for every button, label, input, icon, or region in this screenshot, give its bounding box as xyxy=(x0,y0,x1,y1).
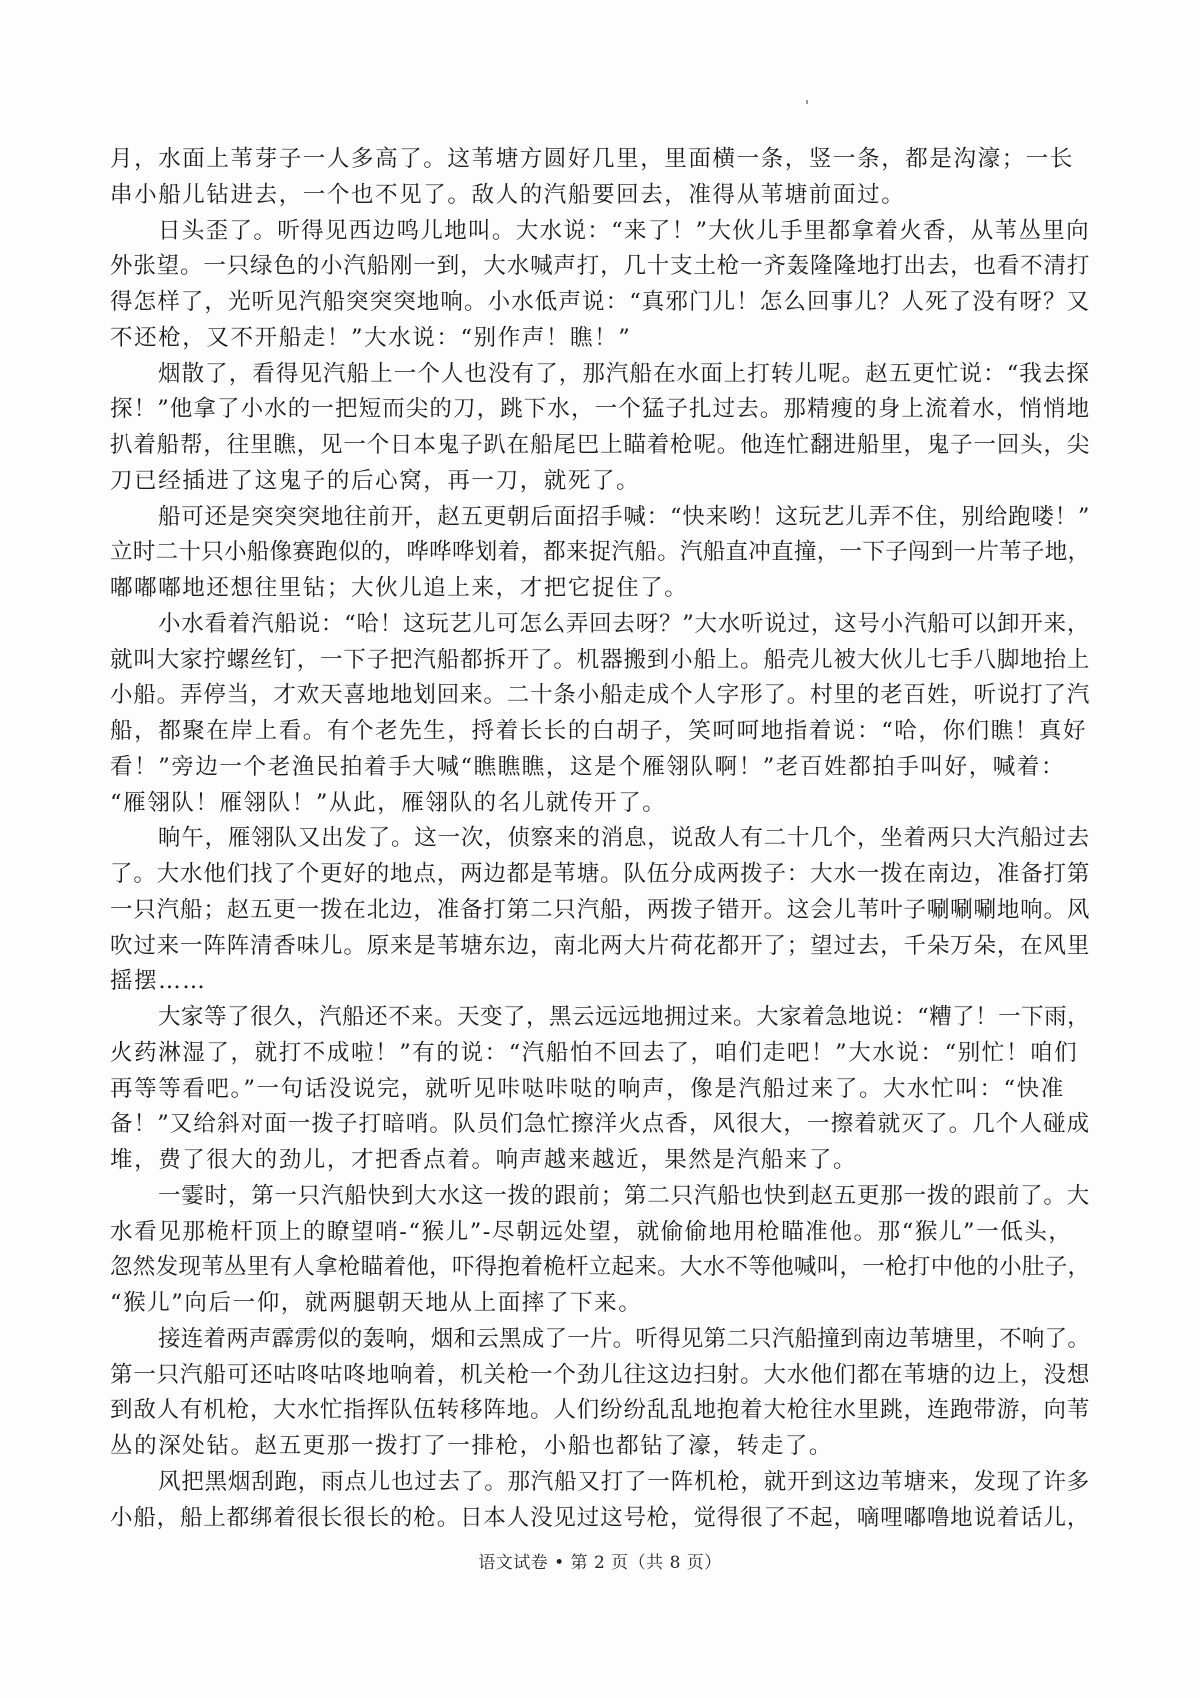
passage-text: 月，水面上苇芽子一人多高了。这苇塘方圆好几里，里面横一条，竖一条，都是沟濠；一长… xyxy=(110,142,1090,1536)
text-line: 再等等看吧。”一句话没说完，就听见咔哒咔哒的响声，像是汽船过来了。大水忙叫：“快… xyxy=(110,1072,1090,1108)
paragraph-first-line: 日头歪了。听得见西边鸣儿地叫。大水说：“来了！”大伙儿手里都拿着火香，从苇丛里向 xyxy=(110,214,1090,250)
text-line: 一只汽船；赵五更一拨在北边，准备打第二只汽船，两拨子错开。这会儿苇叶子唰唰唰地响… xyxy=(110,893,1090,929)
text-line: 刀已经插进了这鬼子的后心窝，再一刀，就死了。 xyxy=(110,464,1090,500)
text-line: 备！”又给斜对面一拨子打暗哨。队员们急忙擦洋火点香，风很大，一擦着就灭了。几个人… xyxy=(110,1107,1090,1143)
scan-speck xyxy=(806,100,808,104)
text-line: 船，都聚在岸上看。有个老先生，捋着长长的白胡子，笑呵呵地指着说：“哈，你们瞧！真… xyxy=(110,714,1090,750)
paragraph-first-line: 船可还是突突突地往前开，赵五更朝后面招手喊：“快来哟！这玩艺儿弄不住，别给跑喽！… xyxy=(110,500,1090,536)
paragraph-first-line: 风把黑烟刮跑，雨点儿也过去了。那汽船又打了一阵机枪，就开到这边苇塘来，发现了许多 xyxy=(110,1465,1090,1501)
text-line: 立时二十只小船像赛跑似的，哗哗哗划着，都来捉汽船。汽船直冲直撞，一下子闯到一片苇… xyxy=(110,535,1090,571)
text-line: 小船。弄停当，才欢天喜地地划回来。二十条小船走成个人字形了。村里的老百姓，听说打… xyxy=(110,678,1090,714)
text-line: 探！”他拿了小水的一把短而尖的刀，跳下水，一个猛子扎过去。那精瘦的身上流着水，悄… xyxy=(110,392,1090,428)
text-line: 就叫大家拧螺丝钉，一下子把汽船都拆开了。机器搬到小船上。船壳儿被大伙儿七手八脚地… xyxy=(110,643,1090,679)
paragraph-first-line: 烟散了，看得见汽船上一个人也没有了，那汽船在水面上打转儿呢。赵五更忙说：“我去探 xyxy=(110,357,1090,393)
text-line: 水看见那桅杆顶上的瞭望哨-“猴儿”-尽朝远处望，就偷偷地用枪瞄准他。那“猴儿”一… xyxy=(110,1215,1090,1251)
page-footer: 语文试卷 • 第 2 页（共 8 页） xyxy=(0,1548,1200,1573)
text-line: 得怎样了，光听见汽船突突突地响。小水低声说：“真邪门儿！怎么回事儿？人死了没有呀… xyxy=(110,285,1090,321)
text-line: 摇摆…… xyxy=(110,964,1090,1000)
paragraph-first-line: 小水看着汽船说：“哈！这玩艺儿可怎么弄回去呀？”大水听说过，这号小汽船可以卸开来… xyxy=(110,607,1090,643)
text-line: 外张望。一只绿色的小汽船刚一到，大水喊声打，几十支土枪一齐轰隆隆地打出去，也看不… xyxy=(110,249,1090,285)
text-line: 串小船儿钻进去，一个也不见了。敌人的汽船要回去，准得从苇塘前面过。 xyxy=(110,178,1090,214)
exam-page: 月，水面上苇芽子一人多高了。这苇塘方圆好几里，里面横一条，竖一条，都是沟濠；一长… xyxy=(0,0,1200,1698)
text-line: 火药淋湿了，就打不成啦！”有的说：“汽船怕不回去了，咱们走吧！”大水说：“别忙！… xyxy=(110,1036,1090,1072)
text-line: 堆，费了很大的劲儿，才把香点着。响声越来越近，果然是汽船来了。 xyxy=(110,1143,1090,1179)
text-line: “雁翎队！雁翎队！”从此，雁翎队的名儿就传开了。 xyxy=(110,786,1090,822)
text-line: 看！”旁边一个老渔民拍着手大喊“瞧瞧瞧，这是个雁翎队啊！”老百姓都拍手叫好，喊着… xyxy=(110,750,1090,786)
paragraph-first-line: 一霎时，第一只汽船快到大水这一拨的跟前；第二只汽船也快到赵五更那一拨的跟前了。大 xyxy=(110,1179,1090,1215)
text-line: 扒着船帮，往里瞧，见一个日本鬼子趴在船尾巴上瞄着枪呢。他连忙翻进船里，鬼子一回头… xyxy=(110,428,1090,464)
text-line: “猴儿”向后一仰，就两腿朝天地从上面摔了下来。 xyxy=(110,1286,1090,1322)
paragraph-first-line: 晌午，雁翎队又出发了。这一次，侦察来的消息，说敌人有二十几个，坐着两只大汽船过去 xyxy=(110,821,1090,857)
text-line: 嘟嘟嘟地还想往里钻；大伙儿追上来，才把它捉住了。 xyxy=(110,571,1090,607)
text-line: 小船，船上都绑着很长很长的枪。日本人没见过这号枪，觉得很了不起，嘀哩嘟噜地说着话… xyxy=(110,1501,1090,1537)
paragraph-first-line: 大家等了很久，汽船还不来。天变了，黑云远远地拥过来。大家着急地说：“糟了！一下雨… xyxy=(110,1000,1090,1036)
text-line: 吹过来一阵阵清香味儿。原来是苇塘东边，南北两大片荷花都开了；望过去，千朵万朵，在… xyxy=(110,929,1090,965)
text-line: 了。大水他们找了个更好的地点，两边都是苇塘。队伍分成两拨子：大水一拨在南边，准备… xyxy=(110,857,1090,893)
text-line: 到敌人有机枪，大水忙指挥队伍转移阵地。人们纷纷乱乱地抱着大枪往水里跳，连跑带游，… xyxy=(110,1393,1090,1429)
paragraph-first-line: 接连着两声霹雳似的轰响，烟和云黑成了一片。听得见第二只汽船撞到南边苇塘里，不响了… xyxy=(110,1322,1090,1358)
text-line: 丛的深处钻。赵五更那一拨打了一排枪，小船也都钻了濠，转走了。 xyxy=(110,1429,1090,1465)
text-line: 不还枪，又不开船走！”大水说：“别作声！瞧！” xyxy=(110,321,1090,357)
text-line: 忽然发现苇丛里有人拿枪瞄着他，吓得抱着桅杆立起来。大水不等他喊叫，一枪打中他的小… xyxy=(110,1250,1090,1286)
text-line: 月，水面上苇芽子一人多高了。这苇塘方圆好几里，里面横一条，竖一条，都是沟濠；一长 xyxy=(110,142,1090,178)
text-line: 第一只汽船可还咕咚咕咚地响着，机关枪一个劲儿往这边扫射。大水他们都在苇塘的边上，… xyxy=(110,1358,1090,1394)
